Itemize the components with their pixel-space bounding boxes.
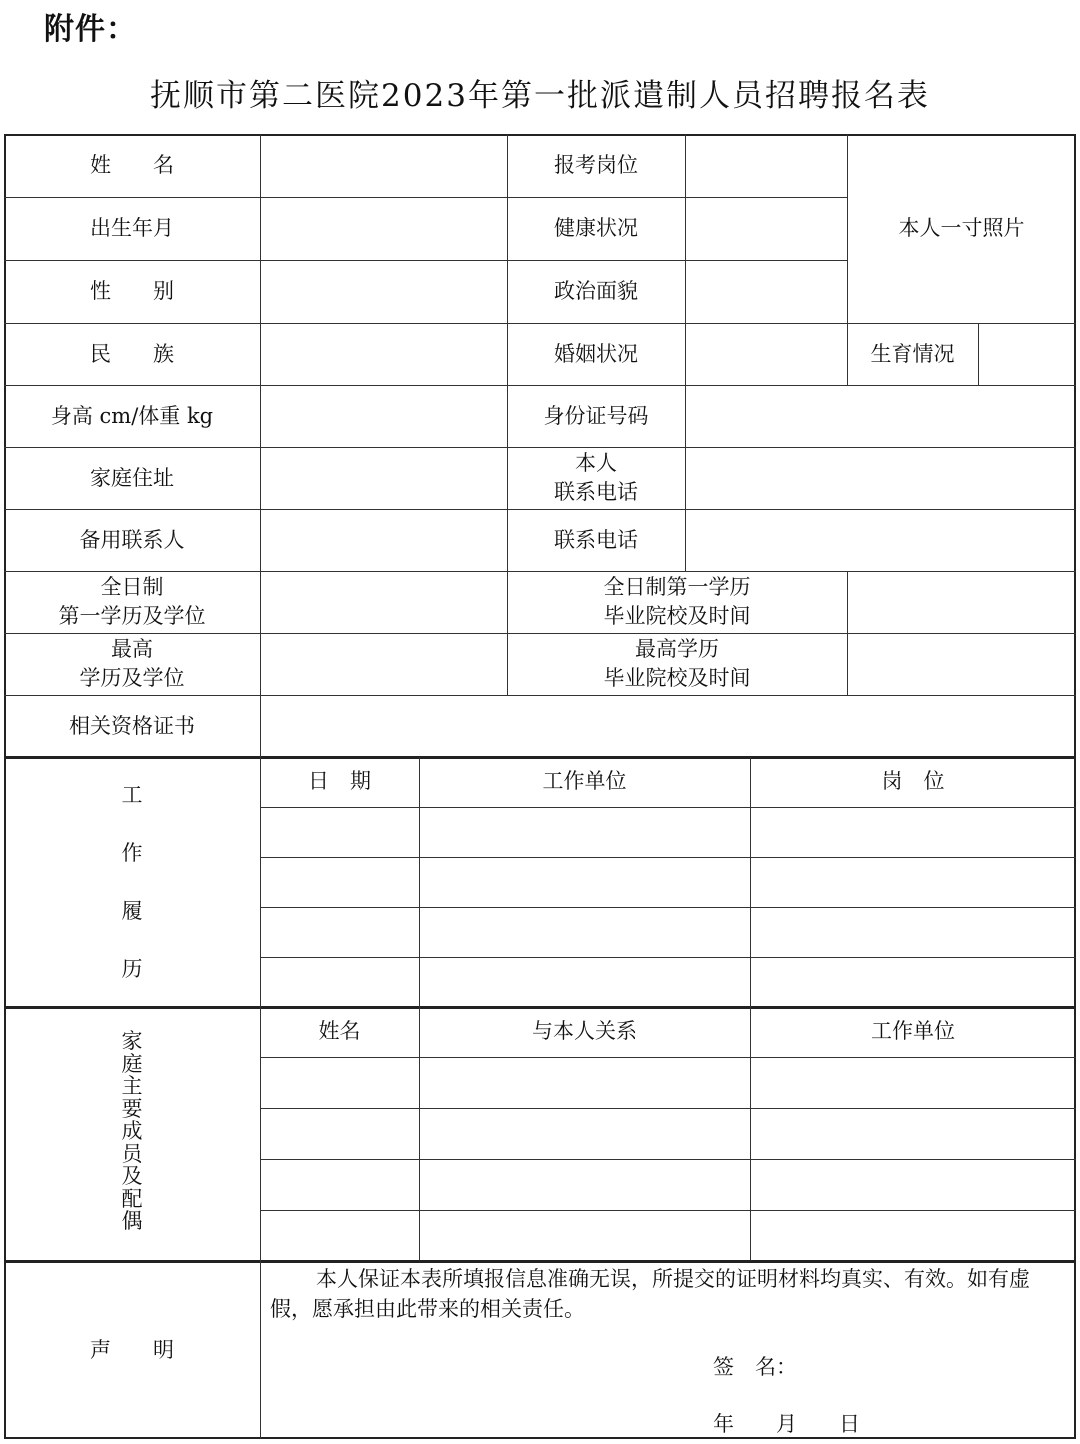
birth-field[interactable]: [260, 197, 507, 260]
declaration-label: 声 明: [4, 1261, 260, 1439]
family-col-name: 姓名: [260, 1007, 419, 1057]
family-row-3-relation[interactable]: [419, 1159, 750, 1210]
family-row-1-name[interactable]: [260, 1057, 419, 1108]
work-row-4-position[interactable]: [750, 957, 1076, 1007]
label-highest-line2: 学历及学位: [80, 664, 185, 693]
photo-slot[interactable]: 本人一寸照片: [847, 134, 1076, 323]
label-fulltime-school-line1: 全日制第一学历: [604, 573, 751, 602]
gender-field[interactable]: [260, 260, 507, 323]
family-row-2-relation[interactable]: [419, 1108, 750, 1159]
family-label-char: 成: [122, 1120, 143, 1143]
work-col-employer: 工作单位: [419, 757, 750, 807]
label-gender: 性 别: [4, 260, 260, 323]
work-row-2-employer[interactable]: [419, 857, 750, 907]
label-birth: 出生年月: [4, 197, 260, 260]
position-applied-field[interactable]: [685, 134, 847, 197]
label-marital: 婚姻状况: [507, 323, 685, 385]
label-contact-phone: 联系电话: [507, 509, 685, 571]
family-label-char: 家: [122, 1030, 143, 1053]
family-row-1-relation[interactable]: [419, 1057, 750, 1108]
work-label-char: 工: [122, 766, 143, 824]
label-backup-contact: 备用联系人: [4, 509, 260, 571]
family-row-2-employer[interactable]: [750, 1108, 1076, 1159]
family-row-4-name[interactable]: [260, 1210, 419, 1261]
own-phone-field[interactable]: [685, 447, 1076, 509]
marital-field[interactable]: [685, 323, 847, 385]
label-fulltime-school: 全日制第一学历 毕业院校及时间: [507, 571, 847, 633]
work-row-1-position[interactable]: [750, 807, 1076, 857]
political-field[interactable]: [685, 260, 847, 323]
family-label-char: 偶: [122, 1210, 143, 1233]
form-title: 抚顺市第二医院2023年第一批派遣制人员招聘报名表: [0, 70, 1080, 115]
label-health: 健康状况: [507, 197, 685, 260]
work-row-1-employer[interactable]: [419, 807, 750, 857]
family-row-1-employer[interactable]: [750, 1057, 1076, 1108]
work-label-char: 履: [122, 882, 143, 940]
label-highest-school-line2: 毕业院校及时间: [604, 664, 751, 693]
fulltime-school-field[interactable]: [847, 571, 1076, 633]
contact-phone-field[interactable]: [685, 509, 1076, 571]
work-col-position: 岗 位: [750, 757, 1076, 807]
signature-label: 签 名：: [713, 1351, 797, 1381]
work-label-char: 历: [122, 940, 143, 998]
family-row-2-name[interactable]: [260, 1108, 419, 1159]
family-label-char: 主: [122, 1075, 143, 1098]
label-own-phone: 本人 联系电话: [507, 447, 685, 509]
label-fulltime-line1: 全日制: [101, 573, 164, 602]
date-label: 年 月 日: [713, 1408, 860, 1438]
family-label-char: 庭: [122, 1053, 143, 1076]
label-highest-school-line1: 最高学历: [635, 635, 719, 664]
label-address: 家庭住址: [4, 447, 260, 509]
work-label-char: 作: [122, 824, 143, 882]
height-weight-field[interactable]: [260, 385, 507, 447]
label-own-phone-line1: 本人: [575, 449, 617, 478]
family-col-relation: 与本人关系: [419, 1007, 750, 1057]
work-row-2-date[interactable]: [260, 857, 419, 907]
label-fulltime-line2: 第一学历及学位: [59, 602, 206, 631]
label-highest-school: 最高学历 毕业院校及时间: [507, 633, 847, 695]
label-highest-degree: 最高 学历及学位: [4, 633, 260, 695]
label-certificates: 相关资格证书: [4, 695, 260, 757]
work-row-1-date[interactable]: [260, 807, 419, 857]
family-row-3-name[interactable]: [260, 1159, 419, 1210]
health-field[interactable]: [685, 197, 847, 260]
ethnicity-field[interactable]: [260, 323, 507, 385]
family-col-employer: 工作单位: [750, 1007, 1076, 1057]
certificates-field[interactable]: [260, 695, 1076, 757]
label-fulltime-degree: 全日制 第一学历及学位: [4, 571, 260, 633]
family-label-char: 员: [122, 1143, 143, 1166]
label-fertility: 生育情况: [847, 323, 978, 385]
work-row-3-employer[interactable]: [419, 907, 750, 957]
work-row-2-position[interactable]: [750, 857, 1076, 907]
label-position-applied: 报考岗位: [507, 134, 685, 197]
label-own-phone-line2: 联系电话: [554, 478, 638, 507]
work-row-3-position[interactable]: [750, 907, 1076, 957]
fulltime-degree-field[interactable]: [260, 571, 507, 633]
fertility-field[interactable]: [978, 323, 1076, 385]
label-height-weight: 身高 cm/体重 kg: [4, 385, 260, 447]
label-highest-line1: 最高: [111, 635, 153, 664]
work-row-3-date[interactable]: [260, 907, 419, 957]
family-label-char: 及: [122, 1165, 143, 1188]
label-name: 姓 名: [4, 134, 260, 197]
id-number-field[interactable]: [685, 385, 1076, 447]
family-label-char: 配: [122, 1188, 143, 1211]
label-id-number: 身份证号码: [507, 385, 685, 447]
highest-degree-field[interactable]: [260, 633, 507, 695]
work-col-date: 日 期: [260, 757, 419, 807]
label-ethnicity: 民 族: [4, 323, 260, 385]
family-row-3-employer[interactable]: [750, 1159, 1076, 1210]
family-row-4-relation[interactable]: [419, 1210, 750, 1261]
family-row-4-employer[interactable]: [750, 1210, 1076, 1261]
work-history-label: 工 作 履 历: [4, 757, 260, 1007]
declaration-text: 本人保证本表所填报信息准确无误，所提交的证明材料均真实、有效。如有虚假，愿承担由…: [270, 1264, 1070, 1324]
address-field[interactable]: [260, 447, 507, 509]
backup-contact-field[interactable]: [260, 509, 507, 571]
family-label-char: 要: [122, 1098, 143, 1121]
attachment-label: 附件：: [44, 4, 137, 48]
highest-school-field[interactable]: [847, 633, 1076, 695]
label-fulltime-school-line2: 毕业院校及时间: [604, 602, 751, 631]
family-label: 家 庭 主 要 成 员 及 配 偶: [4, 1030, 260, 1240]
work-row-4-date[interactable]: [260, 957, 419, 1007]
name-field[interactable]: [260, 134, 507, 197]
label-political: 政治面貌: [507, 260, 685, 323]
work-row-4-employer[interactable]: [419, 957, 750, 1007]
